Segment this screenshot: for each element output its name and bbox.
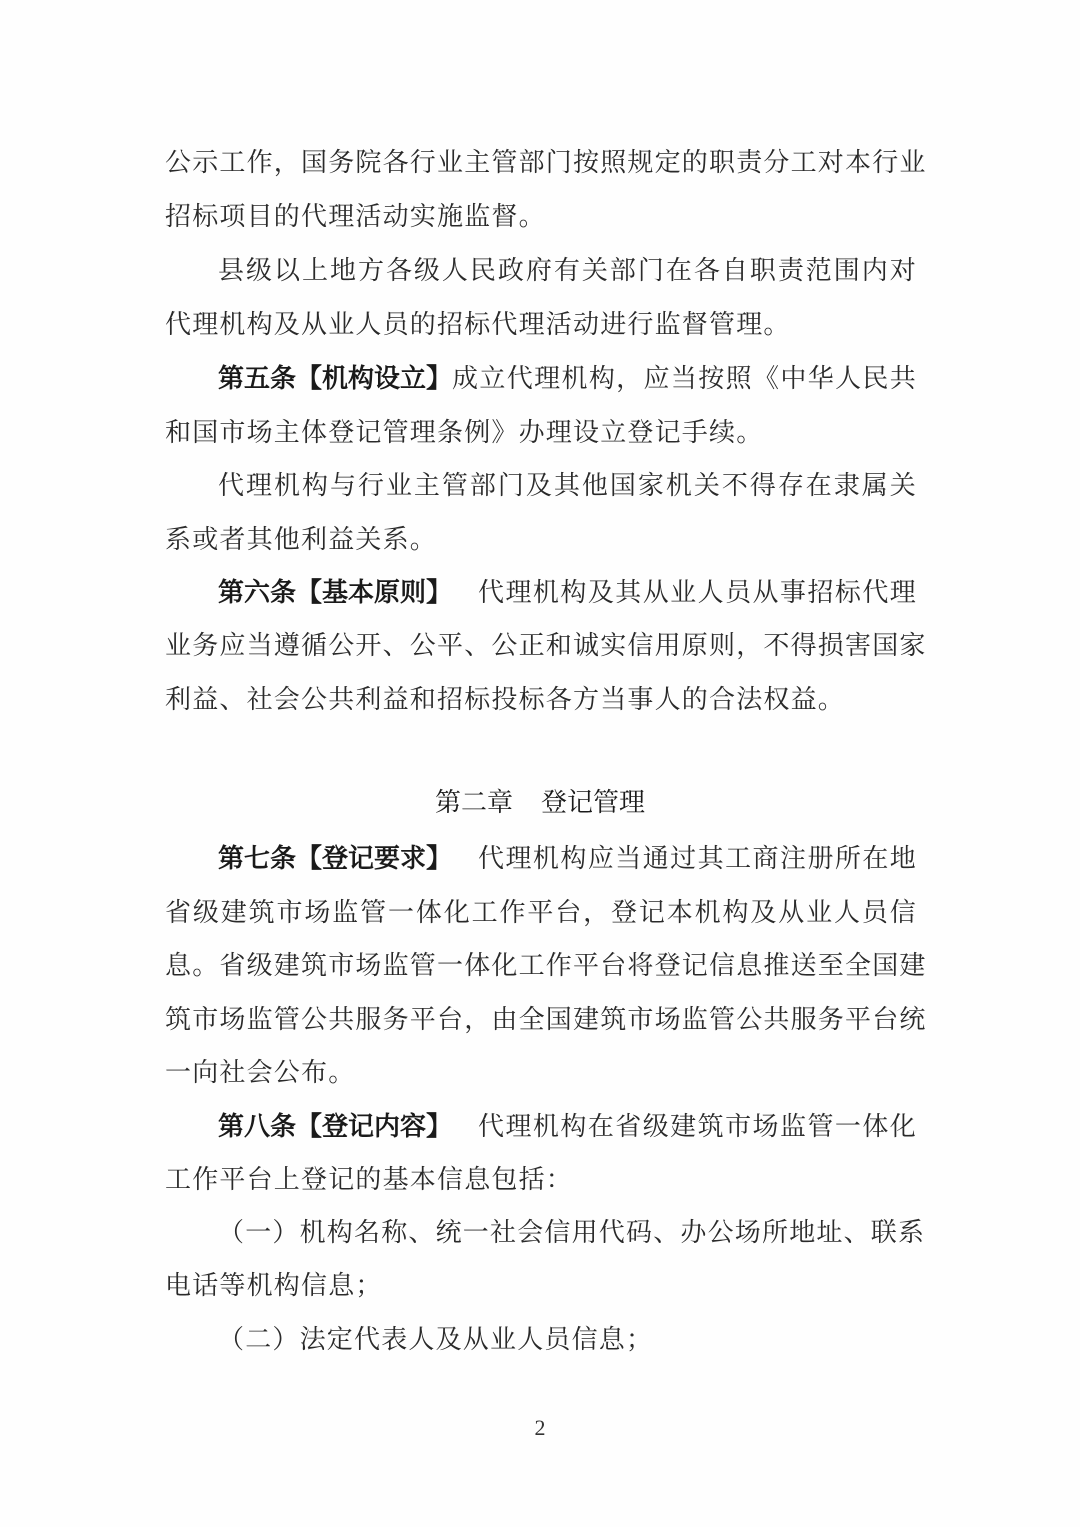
article-text: 成立代理机构，应当按照《中华人民共 [452,359,917,399]
paragraph-line: 招标项目的代理活动实施监督。 [165,197,917,237]
article-5-line: 第五条【机构设立】 成立代理机构，应当按照《中华人民共 [218,359,917,399]
article-text: 代理机构及其从业人员从事招标代理 [478,573,917,613]
paragraph-line: 县级以上地方各级人民政府有关部门在各自职责范围内对 [218,251,917,291]
paragraph-line: 公示工作，国务院各行业主管部门按照规定的职责分工对本行业 [165,143,917,183]
list-item-line: （二）法定代表人及从业人员信息； [218,1320,917,1360]
paragraph-line: 工作平台上登记的基本信息包括： [165,1160,917,1200]
article-heading: 第六条【基本原则】 [218,573,452,613]
paragraph-line: 电话等机构信息； [165,1266,917,1306]
paragraph-line: 省级建筑市场监管一体化工作平台，登记本机构及从业人员信 [165,893,917,933]
paragraph-line: 一向社会公布。 [165,1053,917,1093]
paragraph-line: 系或者其他利益关系。 [165,520,917,560]
article-heading: 第七条【登记要求】 [218,839,452,879]
list-item-line: （一）机构名称、统一社会信用代码、办公场所地址、联系 [218,1213,917,1253]
article-heading: 第八条【登记内容】 [218,1107,452,1147]
document-page: 公示工作，国务院各行业主管部门按照规定的职责分工对本行业 招标项目的代理活动实施… [0,0,1080,1527]
article-8-line: 第八条【登记内容】 代理机构在省级建筑市场监管一体化 [218,1107,917,1147]
chapter-number: 第二章 [435,788,513,818]
article-7-line: 第七条【登记要求】 代理机构应当通过其工商注册所在地 [218,839,917,879]
paragraph-line: 息。省级建筑市场监管一体化工作平台将登记信息推送至全国建 [165,946,917,986]
paragraph-line: 和国市场主体登记管理条例》办理设立登记手续。 [165,413,917,453]
paragraph-line: 业务应当遵循公开、公平、公正和诚实信用原则，不得损害国家 [165,626,917,666]
article-6-line: 第六条【基本原则】 代理机构及其从业人员从事招标代理 [218,573,917,613]
paragraph-line: 利益、社会公共利益和招标投标各方当事人的合法权益。 [165,680,917,720]
paragraph-line: 代理机构与行业主管部门及其他国家机关不得存在隶属关 [218,466,917,506]
chapter-heading: 第二章登记管理 [0,783,1080,823]
chapter-title: 登记管理 [541,788,645,818]
article-text: 代理机构在省级建筑市场监管一体化 [478,1107,917,1147]
article-text: 代理机构应当通过其工商注册所在地 [478,839,917,879]
article-heading: 第五条【机构设立】 [218,359,452,399]
paragraph-line: 代理机构及从业人员的招标代理活动进行监督管理。 [165,305,917,345]
paragraph-line: 筑市场监管公共服务平台，由全国建筑市场监管公共服务平台统 [165,1000,917,1040]
page-number: 2 [0,1415,1080,1441]
